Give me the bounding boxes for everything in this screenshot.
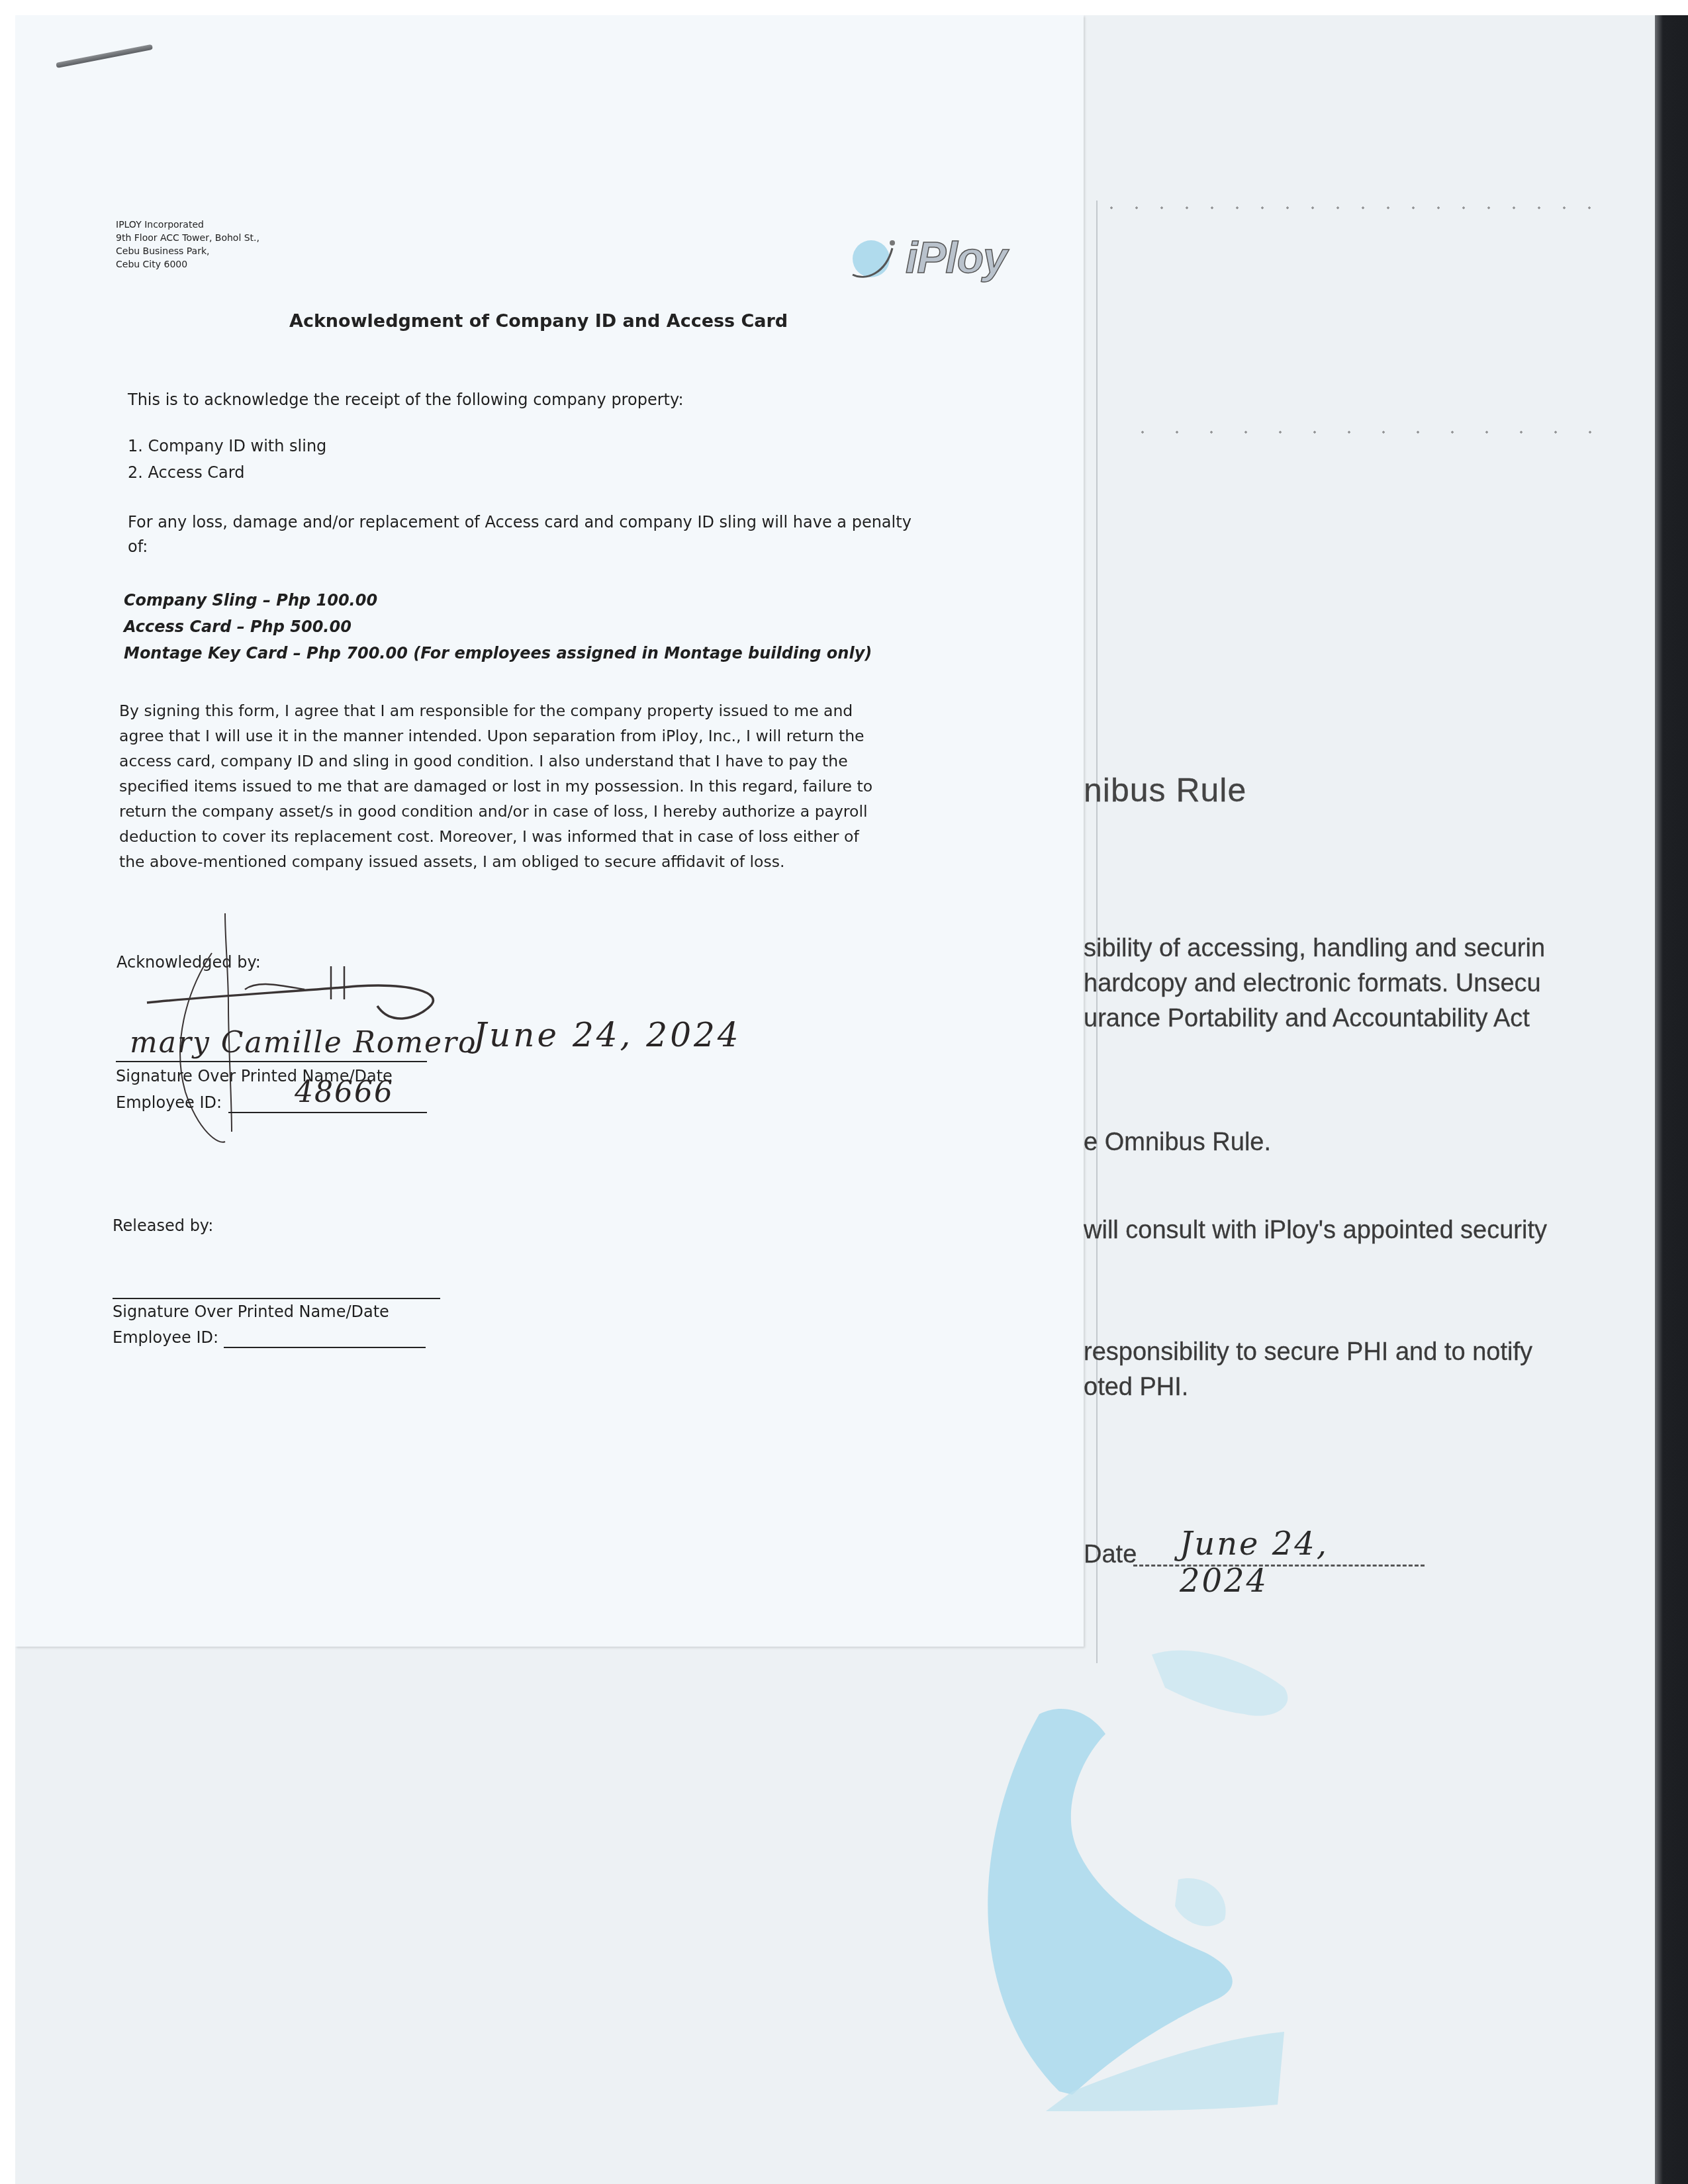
agreement-paragraph: By signing this form, I agree that I am …	[119, 698, 953, 874]
background-text-line: e Omnibus Rule.	[1084, 1128, 1271, 1157]
background-text-line: will consult with iPloy's appointed secu…	[1084, 1216, 1547, 1245]
penalty-intro: For any loss, damage and/or replacement …	[128, 513, 912, 531]
employee-id-label: Employee ID:	[113, 1328, 218, 1347]
penalty-intro: of:	[128, 537, 148, 556]
property-item: 2. Access Card	[128, 463, 244, 482]
released-employee-id-field[interactable]	[224, 1347, 426, 1348]
agreement-line: deduction to cover its replacement cost.…	[119, 824, 953, 849]
signature-line	[116, 1061, 427, 1062]
intro-text: This is to acknowledge the receipt of th…	[128, 390, 683, 409]
released-by-label: Released by:	[113, 1216, 213, 1235]
agreement-line: By signing this form, I agree that I am …	[119, 698, 953, 723]
agreement-line: return the company asset/s in good condi…	[119, 799, 953, 824]
employee-id-label: Employee ID:	[116, 1093, 222, 1112]
document-title: Acknowledgment of Company ID and Access …	[289, 311, 788, 332]
employee-id-field[interactable]: 48666	[295, 1075, 394, 1109]
company-logo: iPloy	[846, 228, 1018, 288]
background-text-line: hardcopy and electronic formats. Unsecu	[1084, 970, 1541, 998]
background-date-field[interactable]: June 24, 2024	[1133, 1525, 1425, 1567]
printed-name-field[interactable]: mary Camille Romero	[130, 1026, 477, 1060]
agreement-line: specified items issued to me that are da…	[119, 774, 953, 799]
company-address: IPLOY Incorporated 9th Floor ACC Tower, …	[116, 218, 259, 271]
employee-id-line	[228, 1112, 427, 1113]
penalty-item: Company Sling – Php 100.00	[124, 591, 377, 610]
staple-icon	[56, 44, 153, 68]
scanner-edge	[1655, 15, 1688, 2184]
background-heading: nibus Rule	[1084, 771, 1246, 809]
globe-watermark-icon	[940, 1628, 1417, 2131]
acknowledged-date-field[interactable]: June 24, 2024	[473, 1016, 741, 1054]
page-edge-divider	[1096, 201, 1098, 1663]
logo-wordmark: iPloy	[906, 232, 1007, 283]
penalty-item: Access Card – Php 500.00	[124, 617, 352, 636]
signature-caption: Signature Over Printed Name/Date	[113, 1302, 389, 1321]
released-signature-line[interactable]	[113, 1298, 440, 1299]
agreement-line: agree that I will use it in the manner i…	[119, 723, 953, 749]
property-item: 1. Company ID with sling	[128, 437, 326, 455]
penalty-item: Montage Key Card – Php 700.00 (For emplo…	[124, 644, 872, 662]
background-date-label: Date	[1084, 1541, 1137, 1569]
address-line: Cebu City 6000	[116, 258, 259, 271]
globe-swoosh-logo-icon	[846, 228, 906, 288]
address-line: 9th Floor ACC Tower, Bohol St.,	[116, 232, 259, 245]
background-text-line: responsibility to secure PHI and to noti…	[1084, 1338, 1532, 1367]
address-line: Cebu Business Park,	[116, 245, 259, 258]
background-text-line: sibility of accessing, handling and secu…	[1084, 934, 1545, 963]
agreement-line: access card, company ID and sling in goo…	[119, 749, 953, 774]
address-line: IPLOY Incorporated	[116, 218, 259, 232]
agreement-line: the above-mentioned company issued asset…	[119, 849, 953, 874]
background-text-line: oted PHI.	[1084, 1373, 1188, 1402]
background-text-line: urance Portability and Accountability Ac…	[1084, 1005, 1530, 1033]
scan-noise-dots	[1099, 206, 1602, 209]
scan-noise-dots	[1125, 431, 1602, 433]
